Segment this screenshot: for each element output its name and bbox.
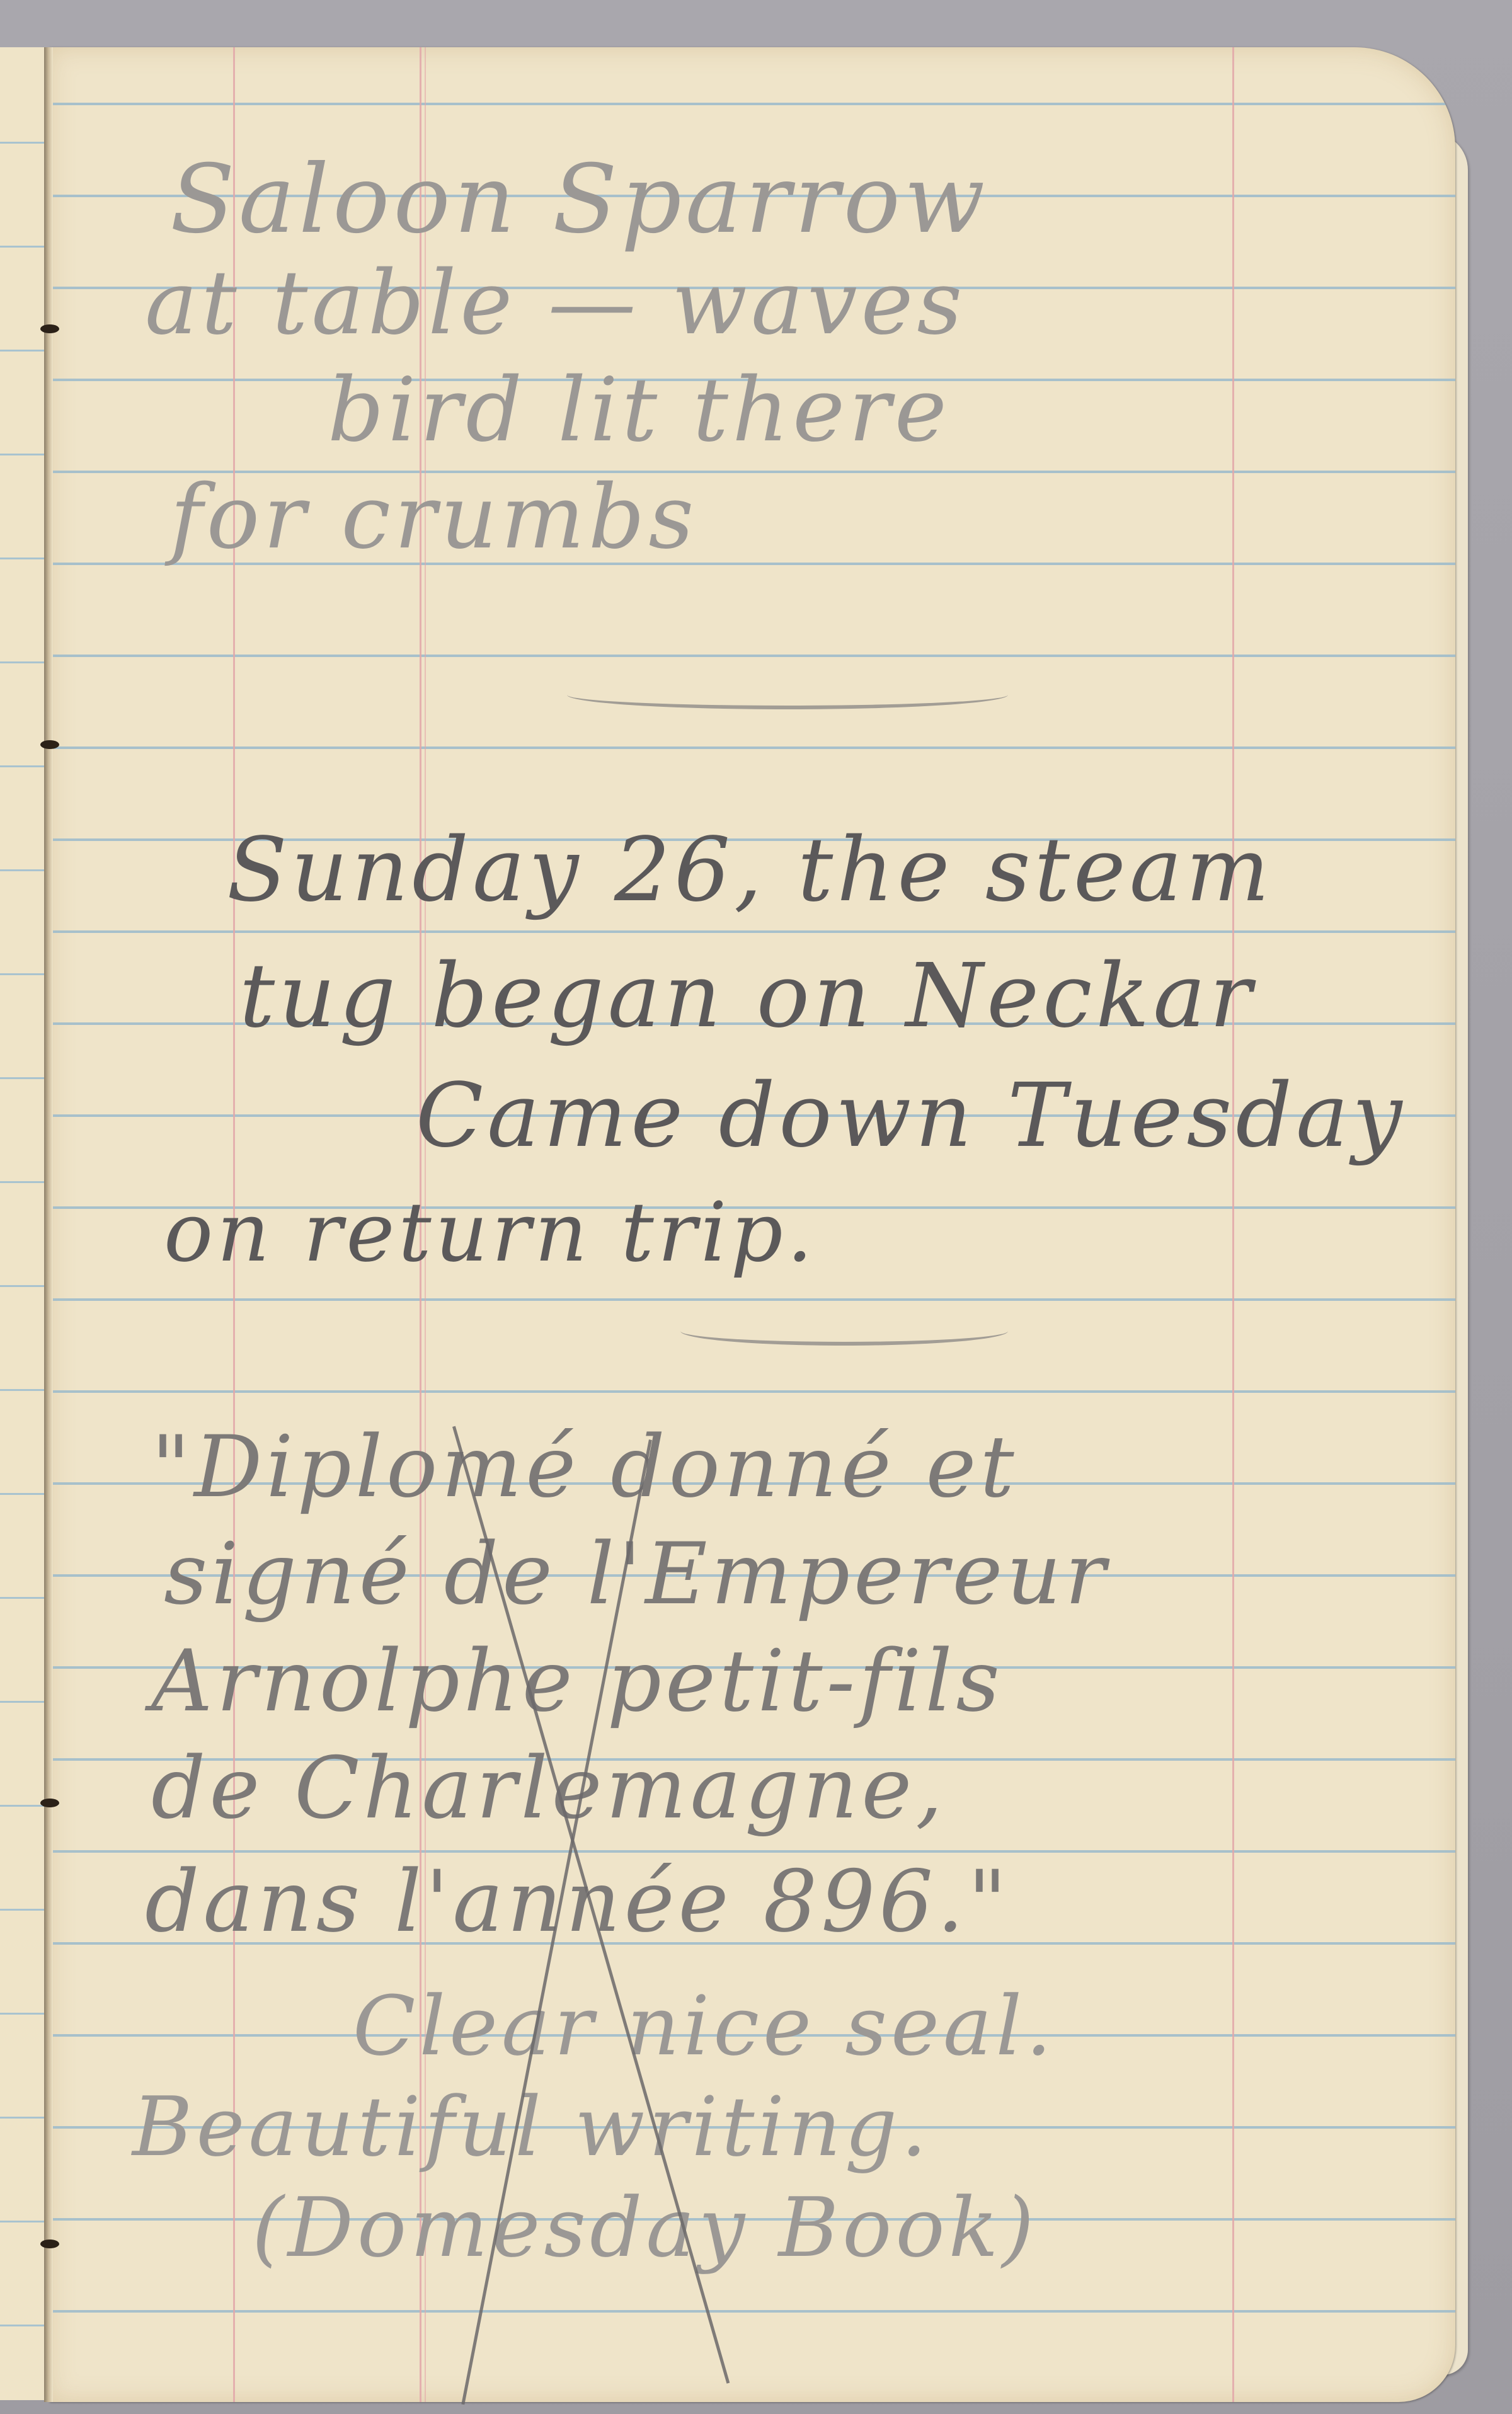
handwritten-line: "Diplomé donné et	[151, 1417, 1018, 1516]
handwritten-line: Came down Tuesday	[416, 1065, 1406, 1167]
handwritten-line: dans l'année 896."	[145, 1852, 1011, 1951]
binding-hole	[40, 740, 59, 749]
handwritten-line: on return trip.	[164, 1184, 816, 1280]
previous-page-edge	[0, 47, 49, 2400]
binding-hole	[40, 1799, 59, 1807]
handwritten-line: for crumbs	[170, 466, 697, 569]
handwritten-line: at table — waves	[145, 252, 966, 355]
handwritten-line: tug began on Neckar	[239, 945, 1256, 1048]
handwritten-line: Beautiful writing.	[132, 2079, 931, 2175]
decorative-flourish	[567, 680, 1008, 709]
handwritten-line: Arnolphe petit-fils	[151, 1632, 1004, 1730]
handwritten-line: Clear nice seal.	[353, 1978, 1055, 2074]
decorative-flourish	[680, 1317, 1008, 1346]
binding-hole	[40, 324, 59, 333]
handwritten-line: (Domesday Book)	[252, 2180, 1038, 2275]
right-margin-line	[1232, 47, 1234, 2402]
binding-hole	[40, 2240, 59, 2248]
handwritten-line: bird lit there	[328, 359, 951, 462]
handwritten-line: Sunday 26, the steam	[227, 819, 1273, 922]
handwritten-line: signé de l'Empereur	[164, 1524, 1109, 1623]
handwritten-line: Saloon Sparrow	[170, 145, 988, 255]
binding-gutter	[44, 47, 53, 2402]
